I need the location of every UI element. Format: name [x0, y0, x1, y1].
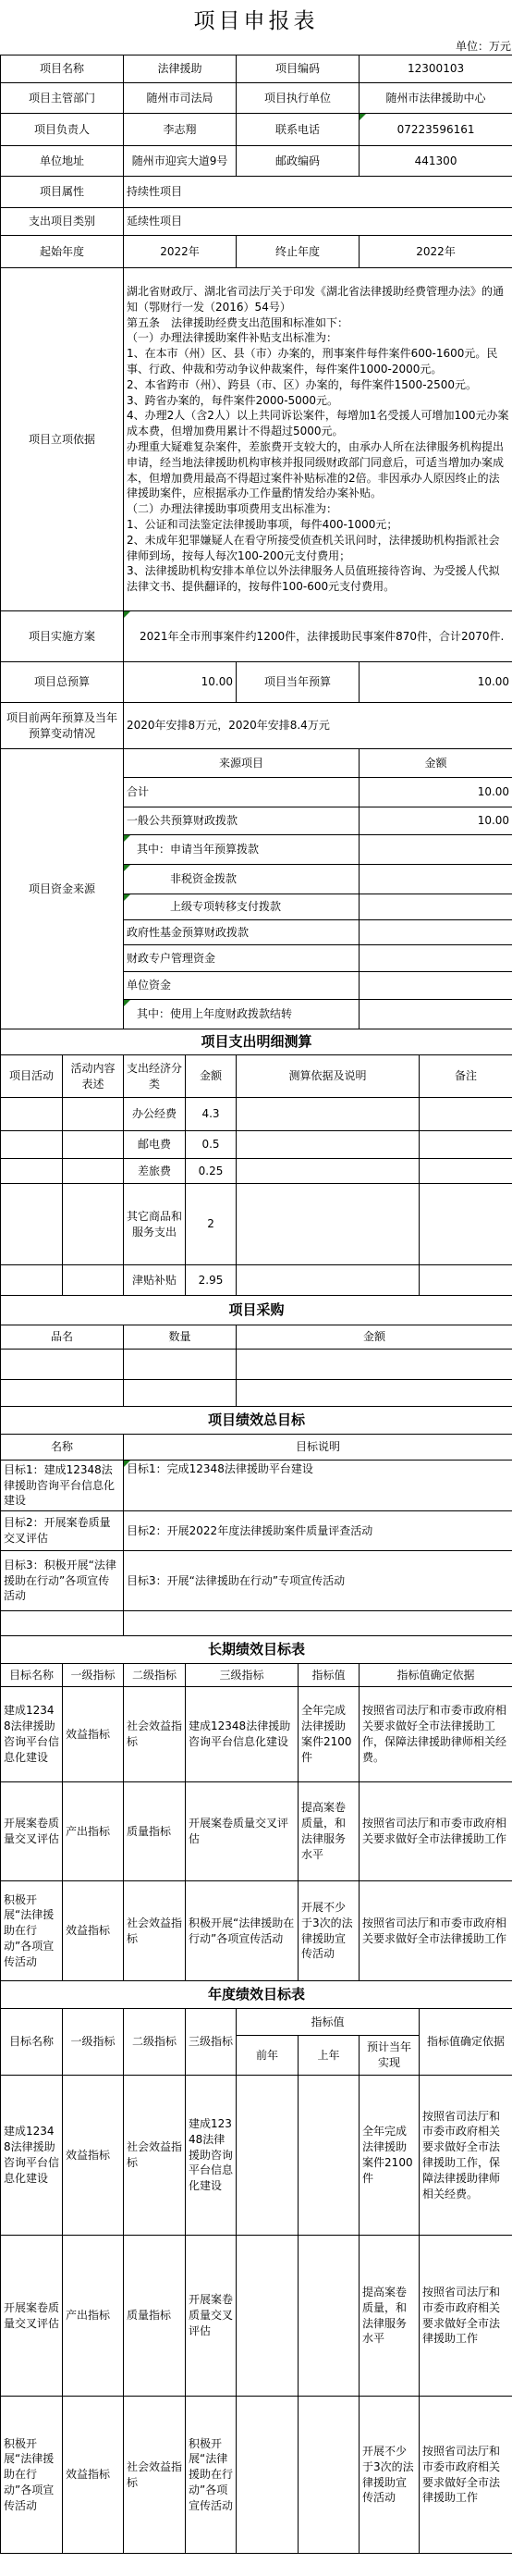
expense-activity: [1, 1098, 63, 1131]
basis-text: 湖北省财政厅、湖北省司法厅关于印发《湖北省法律援助经费管理办法》的通知（鄂财行一…: [124, 268, 512, 611]
goal-name: 目标3：积极开展“法律援助在行动”各项宣传活动: [1, 1551, 124, 1611]
start-year-label: 起始年度: [1, 236, 124, 268]
goal-name: [1, 1611, 124, 1636]
basic-row: 单位地址 随州市迎宾大道9号 邮政编码 441300: [1, 146, 512, 177]
expense-activity: [1, 1184, 63, 1265]
annual-goal: 开展案卷质量交叉评估: [1, 2236, 63, 2397]
funding-label: 项目资金来源: [1, 749, 124, 1029]
annual-prev2: [237, 2236, 299, 2397]
category-row: 支出项目类别 延续性项目: [1, 208, 512, 236]
annual-prev2: [237, 2076, 299, 2236]
address-label: 单位地址: [1, 146, 124, 177]
funding-name: 一般公共预算财政拨款: [124, 807, 360, 835]
annual-level1: 产出指标: [63, 2236, 124, 2397]
annual-row: 积极开展“法律援助在行动”各项宣传活动 效益指标 社会效益指标 积极开展“法律援…: [1, 2397, 512, 2554]
attr-value: 持续性项目: [124, 177, 512, 208]
expense-category: 其它商品和服务支出: [124, 1184, 186, 1265]
goal-row: 目标1：建成12348法律援助咨询平台信息化建设 目标1：完成12348法律援助…: [1, 1461, 512, 1511]
annual-basis: 按照省司法厅和市委市政府相关要求做好全市法律援助工作: [420, 2236, 512, 2397]
procurement-qty: [124, 1350, 237, 1380]
plan-label: 项目实施方案: [1, 611, 124, 662]
annual-current: 全年完成法律援助案件2100件: [360, 2076, 420, 2236]
goals-header-desc: 目标说明: [124, 1435, 512, 1461]
annual-level1: 效益指标: [63, 2076, 124, 2236]
dept-label: 项目主管部门: [1, 83, 124, 114]
project-code-label: 项目编码: [237, 55, 360, 83]
procurement-header-row: 品名 数量 金额: [1, 1325, 512, 1350]
annual-level1: 效益指标: [63, 2397, 124, 2554]
annual-header-level3: 三级指标: [186, 2009, 237, 2076]
postcode-value: 441300: [360, 146, 512, 177]
annual-level2: 社会效益指标: [124, 2076, 186, 2236]
longterm-section-title-row: 长期绩效目标表: [1, 1636, 512, 1664]
expense-category: 差旅费: [124, 1159, 186, 1184]
plan-text: 2021年全市刑事案件约1200件，法律援助民事案件870件，合计2070件.: [124, 611, 512, 662]
funding-amount: [360, 1000, 512, 1029]
expense-remark: [420, 1131, 512, 1159]
attr-label: 项目属性: [1, 177, 124, 208]
expense-basis: [237, 1131, 420, 1159]
funding-amount: [360, 945, 512, 972]
basic-row: 项目名称 法律援助 项目编码 12300103: [1, 55, 512, 83]
goal-desc: 目标2：开展2022年度法律援助案件质量评查活动: [124, 1511, 512, 1551]
postcode-label: 邮政编码: [237, 146, 360, 177]
expense-remark: [420, 1159, 512, 1184]
longterm-basis: 按照省司法厅和市委市政府相关要求做好全市法律援助工作: [360, 1881, 512, 1981]
longterm-row: 积极开展“法律援助在行动”各项宣传活动 效益指标 社会效益指标 积极开展“法律援…: [1, 1881, 512, 1981]
expense-content: [63, 1184, 124, 1265]
funding-amount: [360, 865, 512, 894]
expense-header-row: 项目活动 活动内容表述 支出经济分类 金额 测算依据及说明 备注: [1, 1055, 512, 1098]
exec-unit-value: 随州市法律援助中心: [360, 83, 512, 114]
goals-section-title: 项目绩效总目标: [1, 1407, 512, 1435]
goals-header-row: 名称 目标说明: [1, 1435, 512, 1461]
plan-row: 项目实施方案 2021年全市刑事案件约1200件，法律援助民事案件870件，合计…: [1, 611, 512, 662]
annual-header-row-1: 目标名称 一级指标 二级指标 三级指标 指标值 指标值确定依据: [1, 2009, 512, 2036]
project-name-value: 法律援助: [124, 55, 237, 83]
funding-name: 上级专项转移支付拨款: [124, 894, 360, 920]
expense-remark: [420, 1098, 512, 1131]
funding-amount: 10.00: [360, 778, 512, 807]
expense-row: 差旅费 0.25: [1, 1159, 512, 1184]
longterm-row: 建成12348法律援助咨询平台信息化建设 效益指标 社会效益指标 建成12348…: [1, 1687, 512, 1782]
project-name-label: 项目名称: [1, 55, 124, 83]
address-value: 随州市迎宾大道9号: [124, 146, 237, 177]
longterm-level1: 产出指标: [63, 1782, 124, 1881]
expense-amount: 4.3: [186, 1098, 237, 1131]
annual-header-value-group: 指标值: [237, 2009, 420, 2036]
expense-basis: [237, 1265, 420, 1296]
end-year-value: 2022年: [360, 236, 512, 268]
goal-desc: [124, 1611, 512, 1636]
expense-row: 津贴补贴 2.95: [1, 1265, 512, 1296]
expense-header-category: 支出经济分类: [124, 1055, 186, 1098]
annual-prev1: [299, 2236, 360, 2397]
annual-row: 建成12348法律援助咨询平台信息化建设 效益指标 社会效益指标 建成12348…: [1, 2076, 512, 2236]
goal-desc: 目标1：完成12348法律援助平台建设: [124, 1461, 512, 1511]
expense-content: [63, 1098, 124, 1131]
years-row: 起始年度 2022年 终止年度 2022年: [1, 236, 512, 268]
expense-amount: 0.5: [186, 1131, 237, 1159]
annual-goal: 积极开展“法律援助在行动”各项宣传活动: [1, 2397, 63, 2554]
total-budget-label: 项目总预算: [1, 662, 124, 703]
longterm-level3: 积极开展“法律援助在行动”各项宣传活动: [186, 1881, 299, 1981]
longterm-basis: 按照省司法厅和市委市政府相关要求做好全市法律援助工作: [360, 1782, 512, 1881]
expense-header-amount: 金额: [186, 1055, 237, 1098]
longterm-level1: 效益指标: [63, 1881, 124, 1981]
annual-header-level2: 二级指标: [124, 2009, 186, 2076]
annual-header-prev2: 前年: [237, 2036, 299, 2076]
expense-header-activity: 项目活动: [1, 1055, 63, 1098]
expense-remark: [420, 1265, 512, 1296]
longterm-level3: 开展案卷质量交叉评估: [186, 1782, 299, 1881]
procurement-header-qty: 数量: [124, 1325, 237, 1350]
annual-current: 开展不少于3次的法律援助宣传活动: [360, 2397, 420, 2554]
expense-header-content: 活动内容表述: [63, 1055, 124, 1098]
funding-amount: [360, 894, 512, 920]
annual-level3: 建成12348法律援助咨询平台信息化建设: [186, 2076, 237, 2236]
category-label: 支出项目类别: [1, 208, 124, 236]
annual-basis: 按照省司法厅和市委市政府相关要求做好全市法律援助工作: [420, 2397, 512, 2554]
annual-current: 提高案卷质量，和法律服务水平: [360, 2236, 420, 2397]
procurement-qty: [124, 1380, 237, 1407]
expense-content: [63, 1131, 124, 1159]
expense-basis: [237, 1159, 420, 1184]
longterm-basis: 按照省司法厅和市委市政府相关要求做好全市法律援助工作，保障法律援助律师相关经费。: [360, 1687, 512, 1782]
category-value: 延续性项目: [124, 208, 512, 236]
longterm-goal: 开展案卷质量交叉评估: [1, 1782, 63, 1881]
annual-level3: 开展案卷质量交叉评估: [186, 2236, 237, 2397]
annual-header-prev1: 上年: [299, 2036, 360, 2076]
longterm-header-value: 指标值: [299, 1664, 360, 1687]
unit-note: 单位：万元: [0, 38, 512, 54]
procurement-section-title-row: 项目采购: [1, 1296, 512, 1325]
prev-budget-text: 2020年安排8万元，2020年安排8.4万元: [124, 703, 512, 749]
goals-section-title-row: 项目绩效总目标: [1, 1407, 512, 1435]
procurement-amount: [237, 1380, 512, 1407]
funding-amount: [360, 972, 512, 1000]
goals-header-name: 名称: [1, 1435, 124, 1461]
expense-category: 津贴补贴: [124, 1265, 186, 1296]
annual-goal: 建成12348法律援助咨询平台信息化建设: [1, 2076, 63, 2236]
expense-activity: [1, 1159, 63, 1184]
procurement-row: [1, 1350, 512, 1380]
exec-unit-label: 项目执行单位: [237, 83, 360, 114]
expense-header-remark: 备注: [420, 1055, 512, 1098]
prev-budget-row: 项目前两年预算及当年预算变动情况 2020年安排8万元，2020年安排8.4万元: [1, 703, 512, 749]
expense-row: 其它商品和服务支出 2: [1, 1184, 512, 1265]
procurement-item: [1, 1350, 124, 1380]
annual-header-level1: 一级指标: [63, 2009, 124, 2076]
annual-level2: 社会效益指标: [124, 2397, 186, 2554]
expense-basis: [237, 1184, 420, 1265]
goal-desc: 目标3：开展“法律援助在行动”专项宣传活动: [124, 1551, 512, 1611]
annual-prev1: [299, 2397, 360, 2554]
expense-category: 邮电费: [124, 1131, 186, 1159]
prev-budget-label: 项目前两年预算及当年预算变动情况: [1, 703, 124, 749]
goal-row: 目标2：开展案卷质量交叉评估 目标2：开展2022年度法律援助案件质量评查活动: [1, 1511, 512, 1551]
expense-amount: 2.95: [186, 1265, 237, 1296]
annual-basis: 按照省司法厅和市委市政府相关要求做好全市法律援助工作，保障法律援助律师相关经费。: [420, 2076, 512, 2236]
phone-label: 联系电话: [237, 114, 360, 146]
annual-level3: 积极开展“法律援助在行动”各项宣传活动: [186, 2397, 237, 2554]
expense-remark: [420, 1184, 512, 1265]
total-budget-value: 10.00: [124, 662, 237, 703]
budget-row: 项目总预算 10.00 项目当年预算 10.00: [1, 662, 512, 703]
goal-row: [1, 1611, 512, 1636]
longterm-level3: 建成12348法律援助咨询平台信息化建设: [186, 1687, 299, 1782]
expense-header-basis: 测算依据及说明: [237, 1055, 420, 1098]
expense-amount: 2: [186, 1184, 237, 1265]
funding-name: 财政专户管理资金: [124, 945, 360, 972]
longterm-header-basis: 指标值确定依据: [360, 1664, 512, 1687]
longterm-section-title: 长期绩效目标表: [1, 1636, 512, 1664]
expense-activity: [1, 1131, 63, 1159]
end-year-label: 终止年度: [237, 236, 360, 268]
dept-value: 随州市司法局: [124, 83, 237, 114]
annual-header-current: 预计当年实现: [360, 2036, 420, 2076]
longterm-level2: 社会效益指标: [124, 1687, 186, 1782]
expense-row: 邮电费 0.5: [1, 1131, 512, 1159]
longterm-goal: 积极开展“法律援助在行动”各项宣传活动: [1, 1881, 63, 1981]
procurement-amount: [237, 1350, 512, 1380]
longterm-value: 全年完成法律援助案件2100件: [299, 1687, 360, 1782]
project-application-form: 项目申报表 单位：万元 项目名称 法律援助 项目编码 12300103 项目主管…: [0, 4, 512, 2554]
attr-row: 项目属性 持续性项目: [1, 177, 512, 208]
procurement-row: [1, 1380, 512, 1407]
funding-name: 其中：申请当年预算拨款: [124, 835, 360, 865]
basic-row: 项目负责人 李志翔 联系电话 07223596161: [1, 114, 512, 146]
project-code-value: 12300103: [360, 55, 512, 83]
longterm-level2: 质量指标: [124, 1782, 186, 1881]
funding-amount: [360, 835, 512, 865]
funding-amount: 10.00: [360, 807, 512, 835]
annual-section-title-row: 年度绩效目标表: [1, 1981, 512, 2009]
procurement-item: [1, 1380, 124, 1407]
expense-amount: 0.25: [186, 1159, 237, 1184]
longterm-header-row: 目标名称 一级指标 二级指标 三级指标 指标值 指标值确定依据: [1, 1664, 512, 1687]
longterm-header-level1: 一级指标: [63, 1664, 124, 1687]
longterm-value: 提高案卷质量，和法律服务水平: [299, 1782, 360, 1881]
expense-section-title-row: 项目支出明细测算: [1, 1029, 512, 1055]
phone-value: 07223596161: [360, 114, 512, 146]
annual-budget-value: 10.00: [360, 662, 512, 703]
leader-value: 李志翔: [124, 114, 237, 146]
leader-label: 项目负责人: [1, 114, 124, 146]
expense-content: [63, 1265, 124, 1296]
funding-name: 单位资金: [124, 972, 360, 1000]
goal-row: 目标3：积极开展“法律援助在行动”各项宣传活动 目标3：开展“法律援助在行动”专…: [1, 1551, 512, 1611]
procurement-header-item: 品名: [1, 1325, 124, 1350]
funding-name: 合计: [124, 778, 360, 807]
funding-header-row: 项目资金来源 来源项目 金额: [1, 749, 512, 778]
expense-content: [63, 1159, 124, 1184]
goal-name: 目标1：建成12348法律援助咨询平台信息化建设: [1, 1461, 124, 1511]
longterm-value: 开展不少于3次的法律援助宣传活动: [299, 1881, 360, 1981]
funding-name: 其中：使用上年度财政拨款结转: [124, 1000, 360, 1029]
procurement-section-title: 项目采购: [1, 1296, 512, 1325]
annual-header-goal: 目标名称: [1, 2009, 63, 2076]
basis-row: 项目立项依据 湖北省财政厅、湖北省司法厅关于印发《湖北省法律援助经费管理办法》的…: [1, 268, 512, 611]
annual-header-basis: 指标值确定依据: [420, 2009, 512, 2076]
funding-amount: [360, 920, 512, 945]
expense-section-title: 项目支出明细测算: [1, 1029, 512, 1055]
basis-label: 项目立项依据: [1, 268, 124, 611]
expense-basis: [237, 1098, 420, 1131]
longterm-level2: 社会效益指标: [124, 1881, 186, 1981]
goal-name: 目标2：开展案卷质量交叉评估: [1, 1511, 124, 1551]
expense-row: 办公经费 4.3: [1, 1098, 512, 1131]
annual-prev1: [299, 2076, 360, 2236]
funding-name: 政府性基金预算财政拨款: [124, 920, 360, 945]
form-table: 项目名称 法律援助 项目编码 12300103 项目主管部门 随州市司法局 项目…: [0, 55, 512, 2554]
annual-section-title: 年度绩效目标表: [1, 1981, 512, 2009]
start-year-value: 2022年: [124, 236, 237, 268]
funding-amount-header: 金额: [360, 749, 512, 778]
longterm-header-level3: 三级指标: [186, 1664, 299, 1687]
expense-activity: [1, 1265, 63, 1296]
expense-category: 办公经费: [124, 1098, 186, 1131]
longterm-header-goal: 目标名称: [1, 1664, 63, 1687]
funding-name: 非税资金拨款: [124, 865, 360, 894]
longterm-header-level2: 二级指标: [124, 1664, 186, 1687]
annual-row: 开展案卷质量交叉评估 产出指标 质量指标 开展案卷质量交叉评估 提高案卷质量，和…: [1, 2236, 512, 2397]
funding-source-header: 来源项目: [124, 749, 360, 778]
procurement-header-amount: 金额: [237, 1325, 512, 1350]
annual-prev2: [237, 2397, 299, 2554]
page-title: 项目申报表: [0, 4, 512, 34]
annual-budget-label: 项目当年预算: [237, 662, 360, 703]
basic-row: 项目主管部门 随州市司法局 项目执行单位 随州市法律援助中心: [1, 83, 512, 114]
longterm-goal: 建成12348法律援助咨询平台信息化建设: [1, 1687, 63, 1782]
longterm-level1: 效益指标: [63, 1687, 124, 1782]
longterm-row: 开展案卷质量交叉评估 产出指标 质量指标 开展案卷质量交叉评估 提高案卷质量，和…: [1, 1782, 512, 1881]
annual-level2: 质量指标: [124, 2236, 186, 2397]
